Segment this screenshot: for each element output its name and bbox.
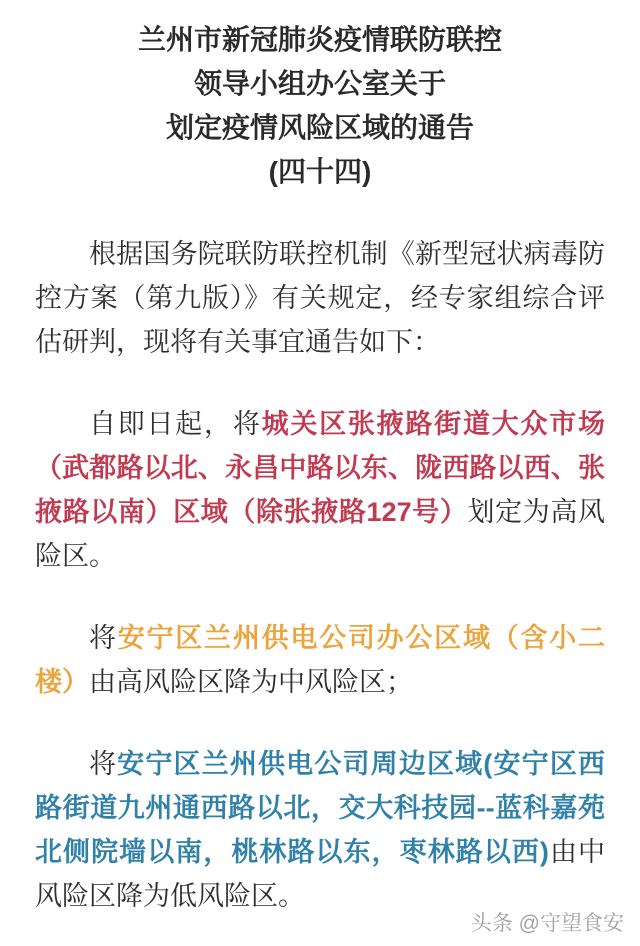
low-risk-area-text: 安宁区兰州供电公司周边区域(安宁区西路街道九州通西路以北，交大科技园--蓝科嘉苑… [35, 749, 605, 867]
high-risk-lead-text: 自即日起，将 [89, 409, 262, 439]
paragraph-high-risk: 自即日起，将城关区张掖路街道大众市场（武都路以北、永昌中路以东、陇西路以西、张掖… [35, 402, 605, 578]
title-line-2: 领导小组办公室关于 [35, 62, 605, 106]
intro-text: 根据国务院联防联控机制《新型冠状病毒防控方案（第九版）》有关规定，经专家组综合评… [35, 239, 605, 357]
paragraph-medium-risk: 将安宁区兰州供电公司办公区域（含小二楼）由高风险区降为中风险区； [35, 616, 605, 704]
medium-risk-tail-text: 由高风险区降为中风险区； [89, 667, 413, 697]
title-line-number: (四十四) [35, 150, 605, 194]
toutiao-watermark: 头条 @守望食安 [471, 912, 624, 936]
paragraph-intro: 根据国务院联防联控机制《新型冠状病毒防控方案（第九版）》有关规定，经专家组综合评… [35, 232, 605, 364]
announcement-title: 兰州市新冠肺炎疫情联防联控 领导小组办公室关于 划定疫情风险区域的通告 (四十四… [35, 18, 605, 194]
medium-risk-lead-text: 将 [89, 623, 118, 653]
title-line-3: 划定疫情风险区域的通告 [35, 106, 605, 150]
title-line-1: 兰州市新冠肺炎疫情联防联控 [35, 18, 605, 62]
low-risk-lead-text: 将 [89, 749, 117, 779]
announcement-page: 兰州市新冠肺炎疫情联防联控 领导小组办公室关于 划定疫情风险区域的通告 (四十四… [0, 0, 640, 946]
paragraph-low-risk: 将安宁区兰州供电公司周边区域(安宁区西路街道九州通西路以北，交大科技园--蓝科嘉… [35, 742, 605, 918]
